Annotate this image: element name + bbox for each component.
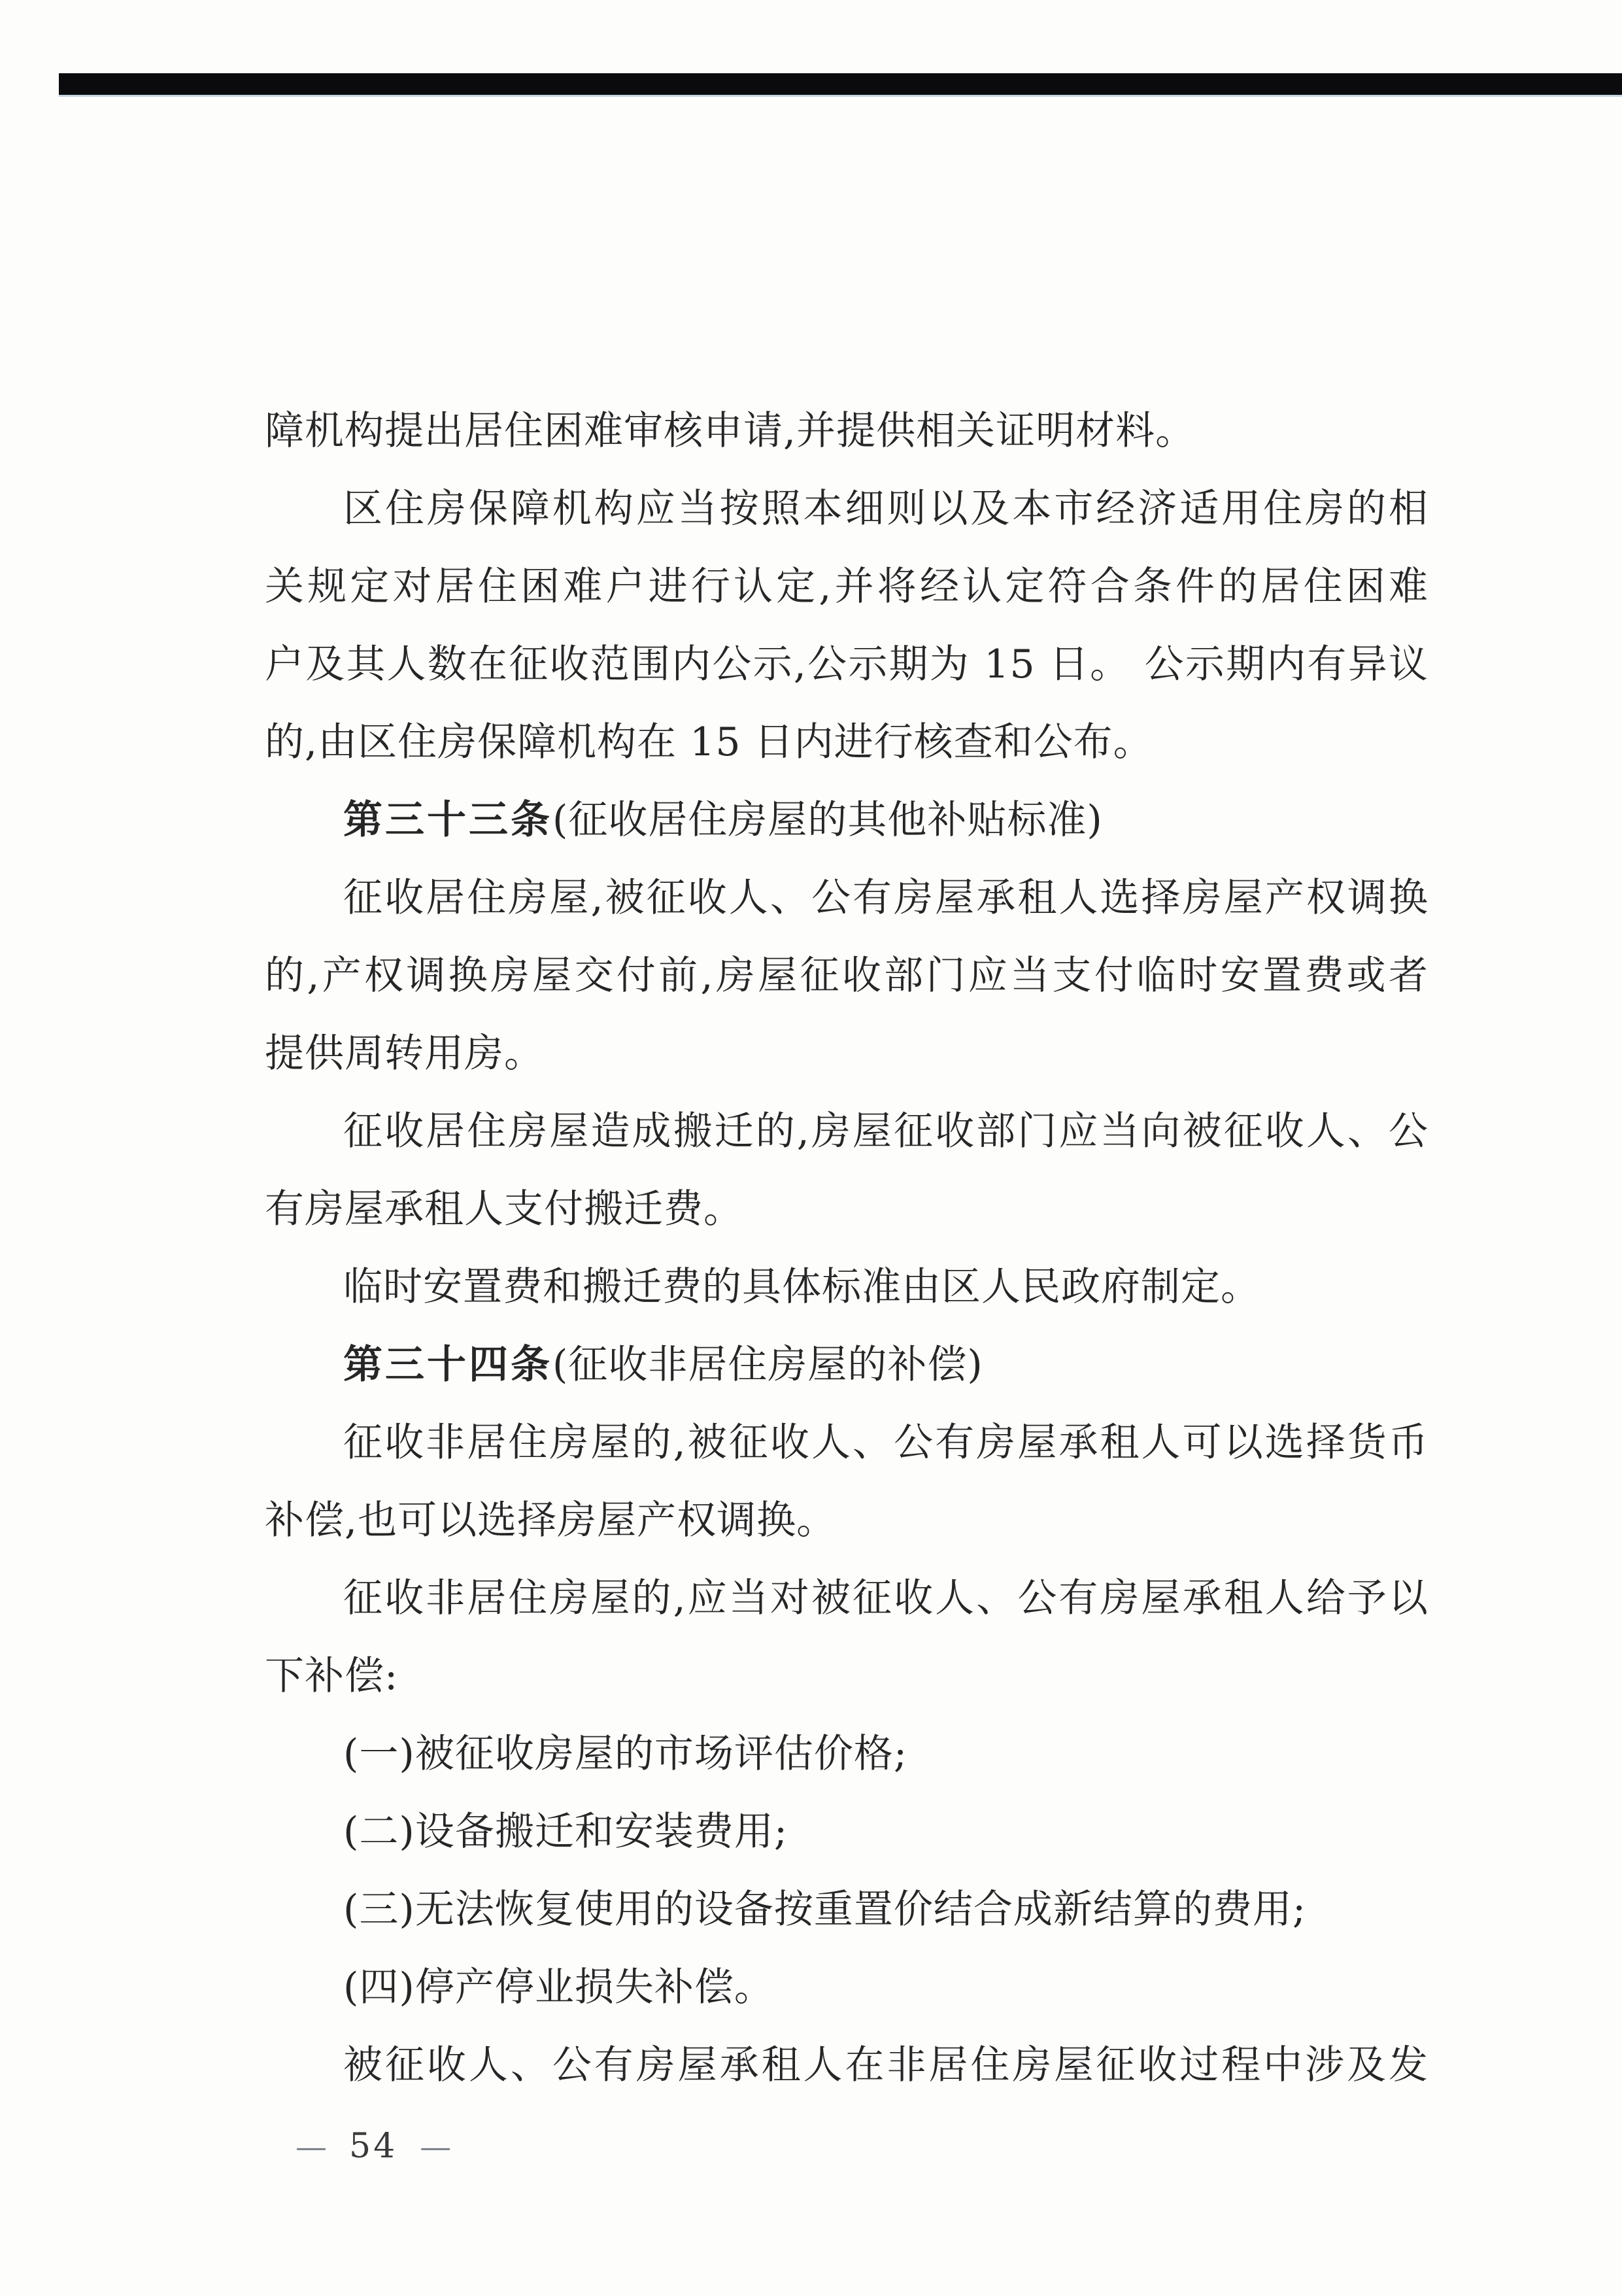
line-text: 户及其人数在征收范围内公示,公示期为 15 日。 公示期内有异议 <box>265 642 1428 687</box>
line-text: 的,由区住房保障机构在 15 日内进行核查和公布。 <box>265 719 1153 765</box>
text-line: 的,产权调换房屋交付前,房屋征收部门应当支付临时安置费或者 <box>265 937 1428 1015</box>
text-line: 征收非居住房屋的,被征收人、公有房屋承租人可以选择货币 <box>265 1404 1428 1482</box>
line-text: 征收非居住房屋的,被征收人、公有房屋承租人可以选择货币 <box>343 1420 1428 1465</box>
line-text: 有房屋承租人支付搬迁费。 <box>265 1186 743 1232</box>
text-line: 第三十四条(征收非居住房屋的补偿) <box>265 1326 1428 1404</box>
line-text: 区住房保障机构应当按照本细则以及本市经济适用住房的相 <box>343 486 1428 532</box>
text-line: (四)停产停业损失补偿。 <box>265 1949 1428 2027</box>
document-page: { "top_bar_color": "#0b0b0d", "text_colo… <box>0 0 1622 2296</box>
line-text: 被征收人、公有房屋承租人在非居住房屋征收过程中涉及发 <box>343 2042 1428 2088</box>
line-text: 关规定对居住困难户进行认定,并将经认定符合条件的居住困难 <box>265 564 1428 609</box>
line-text: 征收居住房屋,被征收人、公有房屋承租人选择房屋产权调换 <box>343 875 1428 921</box>
text-line: 第三十三条(征收居住房屋的其他补贴标准) <box>265 781 1428 859</box>
line-text: (四)停产停业损失补偿。 <box>343 1964 774 2010</box>
page-number: 54 <box>349 2127 397 2166</box>
line-text: 提供周转用房。 <box>265 1031 544 1076</box>
text-line: 被征收人、公有房屋承租人在非居住房屋征收过程中涉及发 <box>265 2027 1428 2104</box>
line-text: (征收非居住房屋的补偿) <box>552 1342 983 1388</box>
line-text: 临时安置费和搬迁费的具体标准由区人民政府制定。 <box>343 1264 1260 1310</box>
text-line: (一)被征收房屋的市场评估价格; <box>265 1715 1428 1793</box>
line-text: 征收居住房屋造成搬迁的,房屋征收部门应当向被征收人、公 <box>343 1108 1428 1154</box>
text-line: 有房屋承租人支付搬迁费。 <box>265 1171 1428 1248</box>
text-line: 障机构提出居住困难审核申请,并提供相关证明材料。 <box>265 392 1428 470</box>
text-line: (三)无法恢复使用的设备按重置价结合成新结算的费用; <box>265 1871 1428 1949</box>
line-text: (三)无法恢复使用的设备按重置价结合成新结算的费用; <box>343 1887 1306 1932</box>
line-text: 的,产权调换房屋交付前,房屋征收部门应当支付临时安置费或者 <box>265 953 1428 999</box>
text-line: 的,由区住房保障机构在 15 日内进行核查和公布。 <box>265 704 1428 781</box>
text-line: 下补偿: <box>265 1637 1428 1715</box>
line-text: (一)被征收房屋的市场评估价格; <box>343 1731 907 1777</box>
text-line: 征收居住房屋造成搬迁的,房屋征收部门应当向被征收人、公 <box>265 1093 1428 1171</box>
text-line: 征收非居住房屋的,应当对被征收人、公有房屋承租人给予以 <box>265 1560 1428 1637</box>
text-line: 临时安置费和搬迁费的具体标准由区人民政府制定。 <box>265 1248 1428 1326</box>
line-text: 障机构提出居住困难审核申请,并提供相关证明材料。 <box>265 408 1195 454</box>
text-line: 户及其人数在征收范围内公示,公示期为 15 日。 公示期内有异议 <box>265 626 1428 704</box>
text-line: 关规定对居住困难户进行认定,并将经认定符合条件的居住困难 <box>265 548 1428 626</box>
page-footer: —54— <box>296 2127 451 2166</box>
text-line: 区住房保障机构应当按照本细则以及本市经济适用住房的相 <box>265 470 1428 548</box>
line-text: 征收非居住房屋的,应当对被征收人、公有房屋承租人给予以 <box>343 1575 1428 1621</box>
line-text: 补偿,也可以选择房屋产权调换。 <box>265 1498 836 1543</box>
article-number: 第三十四条 <box>343 1342 552 1388</box>
text-line: 征收居住房屋,被征收人、公有房屋承租人选择房屋产权调换 <box>265 859 1428 937</box>
document-body: 障机构提出居住困难审核申请,并提供相关证明材料。区住房保障机构应当按照本细则以及… <box>265 392 1428 2104</box>
footer-dash-right: — <box>420 2129 451 2165</box>
footer-dash-left: — <box>296 2129 327 2165</box>
top-black-bar <box>59 73 1622 97</box>
text-line: (二)设备搬迁和安装费用; <box>265 1793 1428 1871</box>
line-text: 下补偿: <box>265 1653 398 1699</box>
article-number: 第三十三条 <box>343 797 552 843</box>
text-line: 补偿,也可以选择房屋产权调换。 <box>265 1482 1428 1560</box>
line-text: (征收居住房屋的其他补贴标准) <box>552 797 1103 843</box>
line-text: (二)设备搬迁和安装费用; <box>343 1809 788 1855</box>
text-line: 提供周转用房。 <box>265 1015 1428 1093</box>
